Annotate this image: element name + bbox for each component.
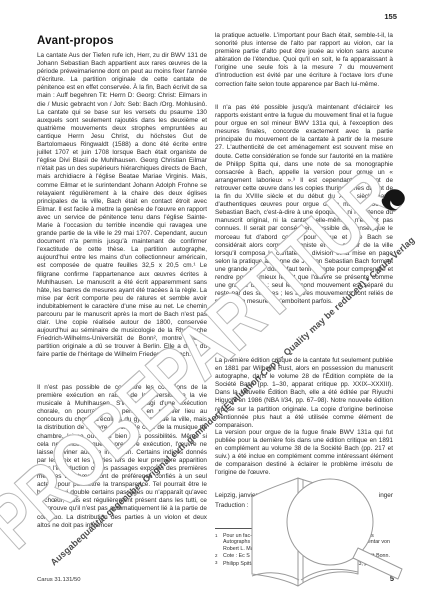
folio-page-number: 5 [390, 574, 394, 583]
page-title: Avant-propos [37, 35, 114, 47]
printed-page-number: 155 [384, 12, 397, 21]
footnote-1-line-2: Autographs der Kantate BWV 131, herausge… [223, 539, 393, 545]
footnote-divider [215, 528, 273, 529]
right-column-paragraph-4: La version pour orgue de la fugue finale… [215, 429, 393, 478]
right-column-paragraph-2: Il n'a pas été possible jusqu'à maintena… [215, 104, 393, 306]
footnote-1-marker: 1 [215, 533, 217, 539]
translation-credit: Traduction : [215, 502, 393, 509]
footnote-3: 3 Philipp Spitta, Johann Sebastian Bach,… [215, 561, 393, 567]
signature-name-fragment: inger [379, 492, 393, 499]
plate-number: Carus 31.131/50 [37, 577, 81, 583]
footnote-2-marker: 2 [215, 553, 217, 559]
footnote-1-line-3: Robert L. Marshall, New York 1985. [223, 546, 393, 552]
footnote-3-marker: 3 [215, 560, 217, 566]
footnote-3-line-1: Philipp Spitta, Johann Sebastian Bach, v… [223, 561, 393, 567]
right-column-paragraph-3: La première édition critique de la canta… [215, 357, 393, 430]
footnotes-block: 1 Pour un fac-similé de la partition aut… [215, 533, 393, 568]
document-page: 155 Avant-propos La cantate Aus der Tief… [0, 0, 423, 600]
left-column-paragraph-1: La cantate Aus der Tiefen rufe ich, Herr… [37, 52, 207, 360]
right-column-paragraph-1: la pratique actuelle. L'important pour B… [215, 32, 393, 89]
signature-place-date: Leipzig, janvier 1999 [215, 492, 274, 499]
signature-line: Leipzig, janvier 1999 inger [215, 492, 393, 499]
left-column-paragraph-2: Il n'est pas possible de connaître les c… [37, 384, 207, 530]
footnote-1: 1 Pour un fac-similé de la partition aut… [215, 533, 393, 552]
footnote-2: 2 Cote : Ec S 26, Musikwissenschaftliche… [215, 553, 393, 559]
footnote-2-line-1: Cote : Ec S 26, Musikwissenschaftliches … [223, 553, 393, 559]
